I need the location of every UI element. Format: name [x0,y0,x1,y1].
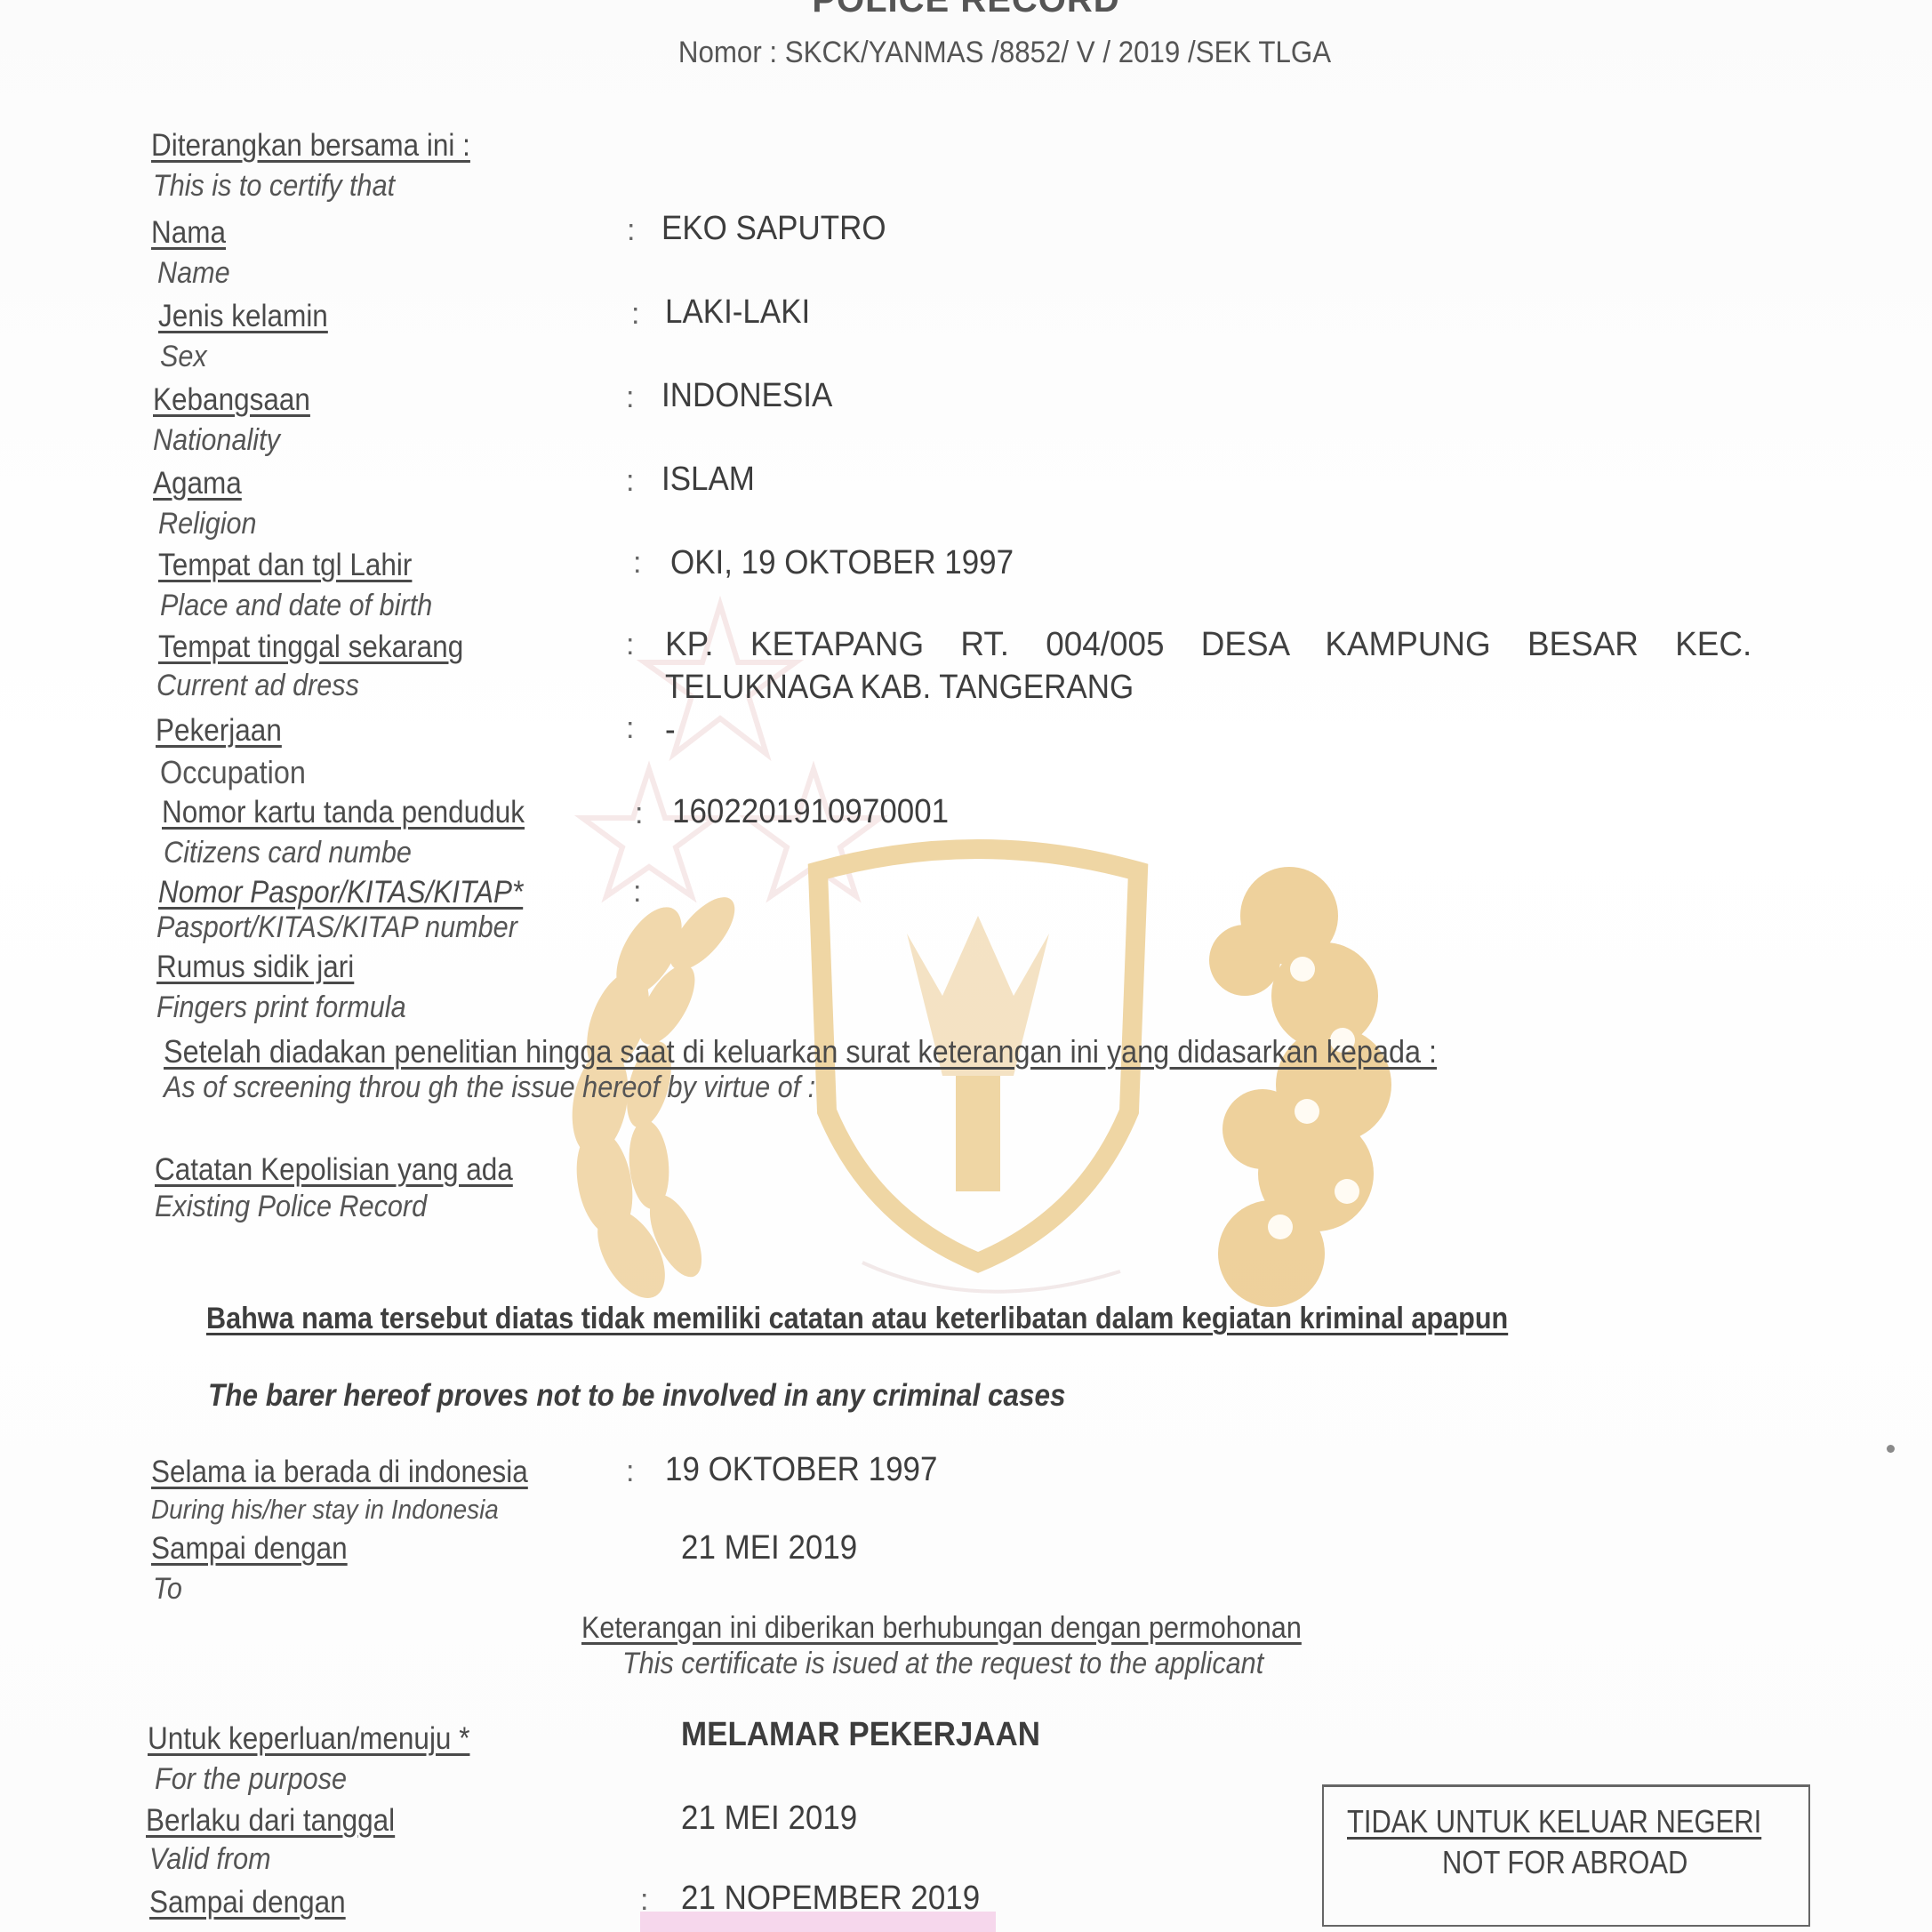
field-label-birth-en: Place and date of birth [160,589,432,623]
valid-until-value: 21 NOPEMBER 2019 [681,1880,980,1918]
colon: : [631,297,639,332]
field-label-id-card-en: Citizens card numbe [164,836,412,870]
colon: : [633,875,641,910]
intro-label: Diterangkan bersama ini : [151,128,470,164]
field-label-nationality: Kebangsaan [153,382,310,418]
field-value-religion: ISLAM [661,461,755,499]
colon: : [627,213,635,248]
colon: : [635,797,643,831]
field-label-name-en: Name [157,256,230,291]
field-label-passport: Nomor Paspor/KITAS/KITAP* [158,875,523,910]
stay-to-label: Sampai dengan [151,1531,348,1567]
clearance-statement: Bahwa nama tersebut diatas tidak memilik… [206,1302,1508,1336]
field-value-address-line2: TELUKNAGA KAB. TANGERANG [665,669,1134,707]
field-value-nationality: INDONESIA [661,377,832,415]
field-value-address-line1: KP. KETAPANG RT. 004/005 DESA KAMPUNG BE… [665,626,1752,664]
colon: : [626,1455,634,1489]
colon: : [626,628,634,662]
stamp-line-2: NOT FOR ABROAD [1442,1844,1687,1881]
field-value-id-card: 1602201910970001 [672,793,949,831]
screening-label-en: As of screening throu gh the issue hereo… [164,1070,815,1105]
police-record-label-en: Existing Police Record [155,1190,427,1224]
intro-label-en: This is to certify that [153,169,395,204]
colon: : [633,546,641,581]
purpose-label-en: For the purpose [155,1762,347,1797]
colon: : [626,464,634,499]
field-value-sex: LAKI-LAKI [665,293,810,332]
field-label-fingerprint-en: Fingers print formula [156,990,406,1025]
purpose-label: Untuk keperluan/menuju * [148,1721,469,1757]
colon: : [640,1883,648,1918]
field-label-passport-en: Pasport/KITAS/KITAP number [156,910,517,945]
stamp-line-1: TIDAK UNTUK KELUAR NEGERI [1347,1803,1761,1840]
document-page: POLICE RECORD Nomor : SKCK/YANMAS /8852/… [0,0,1932,1932]
request-label-en: This certificate is isued at the request… [622,1647,1263,1681]
field-label-religion-en: Religion [158,507,257,541]
purpose-value: MELAMAR PEKERJAAN [681,1716,1040,1754]
field-label-id-card: Nomor kartu tanda penduduk [162,795,525,830]
stay-label: Selama ia berada di indonesia [151,1455,528,1490]
field-value-name: EKO SAPUTRO [661,210,886,248]
stay-to-label-en: To [153,1572,182,1607]
stay-label-en: During his/her stay in Indonesia [151,1494,499,1526]
stay-from-value: 19 OKTOBER 1997 [665,1451,937,1489]
police-record-label: Catatan Kepolisian yang ada [155,1152,513,1188]
field-label-occupation: Pekerjaan [156,713,282,749]
colon: : [626,711,634,746]
document-number: Nomor : SKCK/YANMAS /8852/ V / 2019 /SEK… [80,36,1928,70]
document-title: POLICE RECORD [0,0,1932,20]
field-label-fingerprint: Rumus sidik jari [156,950,354,985]
field-value-birth: OKI, 19 OKTOBER 1997 [670,544,1014,582]
request-label: Keterangan ini diberikan berhubungan den… [581,1611,1302,1646]
valid-until-label: Sampai dengan [149,1885,346,1920]
field-label-address-en: Current ad dress [156,669,359,703]
clearance-statement-en: The barer hereof proves not to be involv… [208,1378,1066,1414]
colon: : [626,381,634,415]
field-value-occupation: - [665,711,676,750]
field-label-religion: Agama [153,466,242,501]
field-label-occupation-en: Occupation [160,754,306,791]
stay-to-value: 21 MEI 2019 [681,1529,857,1567]
valid-from-label: Berlaku dari tanggal [146,1803,395,1839]
valid-from-label-en: Valid from [149,1842,271,1877]
punch-dot [1887,1445,1895,1453]
field-label-birth: Tempat dan tgl Lahir [158,548,412,583]
field-label-sex: Jenis kelamin [158,299,328,334]
valid-from-value: 21 MEI 2019 [681,1800,857,1838]
field-label-name: Nama [151,215,226,251]
field-label-address: Tempat tinggal sekarang [158,629,463,665]
field-label-sex-en: Sex [160,340,207,374]
screening-label: Setelah diadakan penelitian hingga saat … [164,1033,1437,1070]
field-label-nationality-en: Nationality [153,423,280,458]
